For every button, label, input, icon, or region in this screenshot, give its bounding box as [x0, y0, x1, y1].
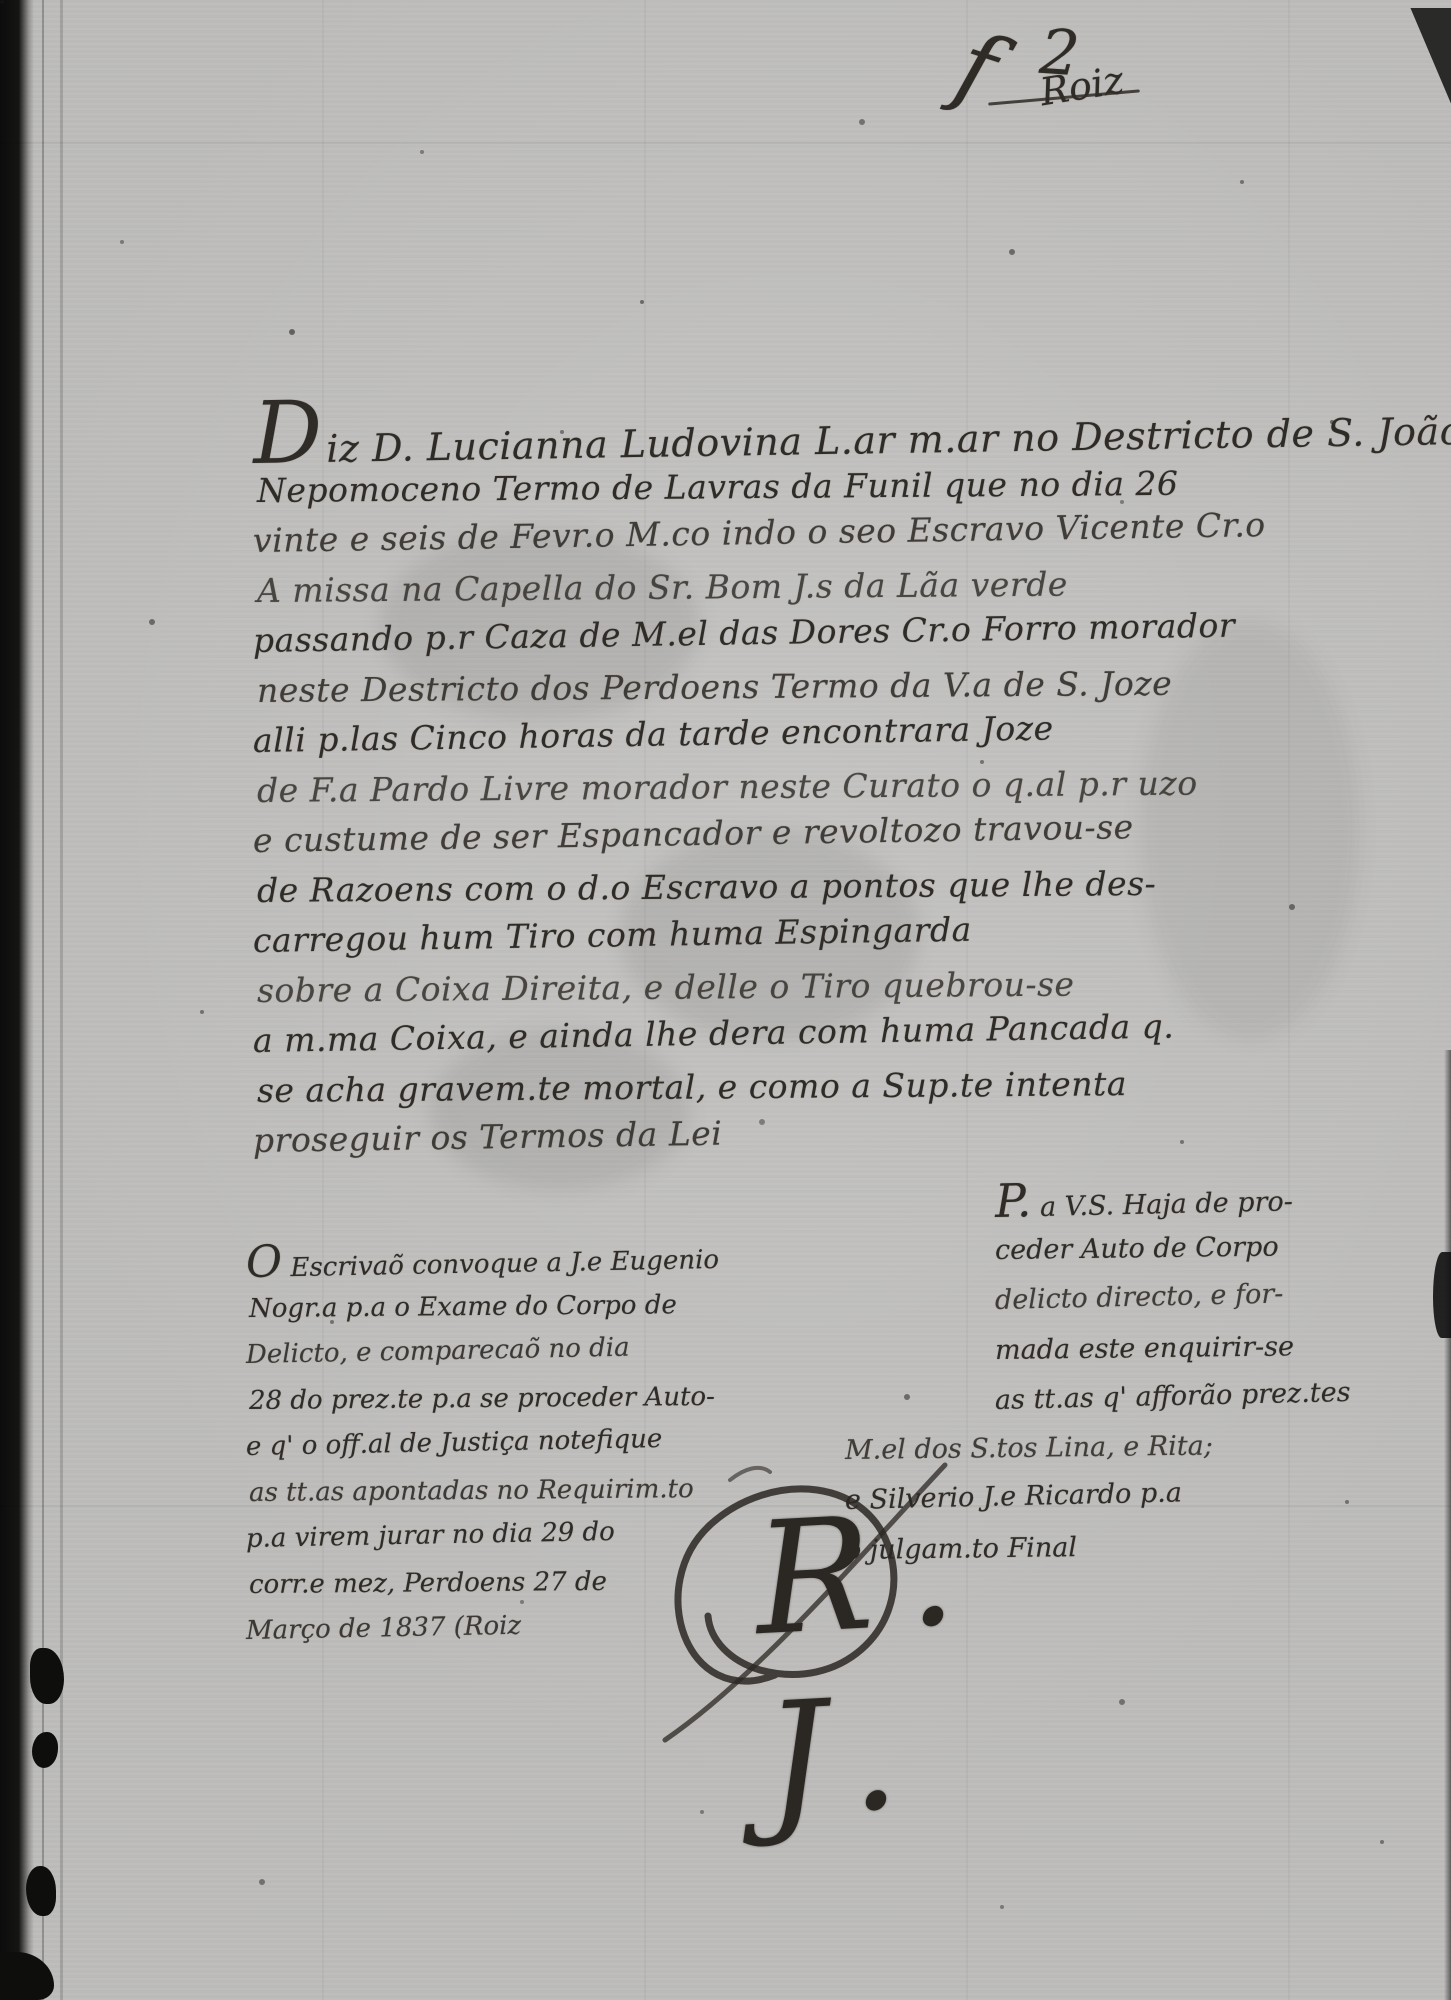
manuscript-line: Diz D. Lucianna Ludovina L.ar m.ar no De… [252, 374, 1153, 466]
ink-showthrough [1140, 620, 1360, 1040]
manuscript-line: P. a V.S. Haja de pro- [994, 1166, 1451, 1226]
corner-shadow [1399, 8, 1451, 112]
judge-rubric-signature: R. J. [610, 1420, 1110, 1780]
paper-specks [0, 0, 4, 4]
page-edge-line [60, 0, 63, 2000]
paper-crease [0, 142, 1451, 144]
signature-initials: R. J. [751, 1471, 1119, 1851]
ink-stain [32, 1732, 58, 1768]
ink-stain [30, 1648, 64, 1704]
manuscript-line: as tt.as q' afforão prez.tes [994, 1366, 1451, 1426]
manuscript-line: delicto directo, e for- [994, 1266, 1451, 1326]
folio-mark: f [944, 11, 1009, 123]
manuscript-line: O Escrivaõ convoque a J.e Eugenio [246, 1230, 787, 1286]
ink-stain [26, 1866, 56, 1916]
binding-edge-shadow [0, 0, 34, 2000]
petition-paragraph: Diz D. Lucianna Ludovina L.ar m.ar no De… [253, 388, 1153, 1166]
ink-stain [0, 1952, 54, 2000]
manuscript-line: Delicto, e comparecaõ no dia [246, 1322, 787, 1378]
manuscript-page-scan: f 2 Roiz Diz D. Lucianna Ludovina L.ar m… [0, 0, 1451, 2000]
